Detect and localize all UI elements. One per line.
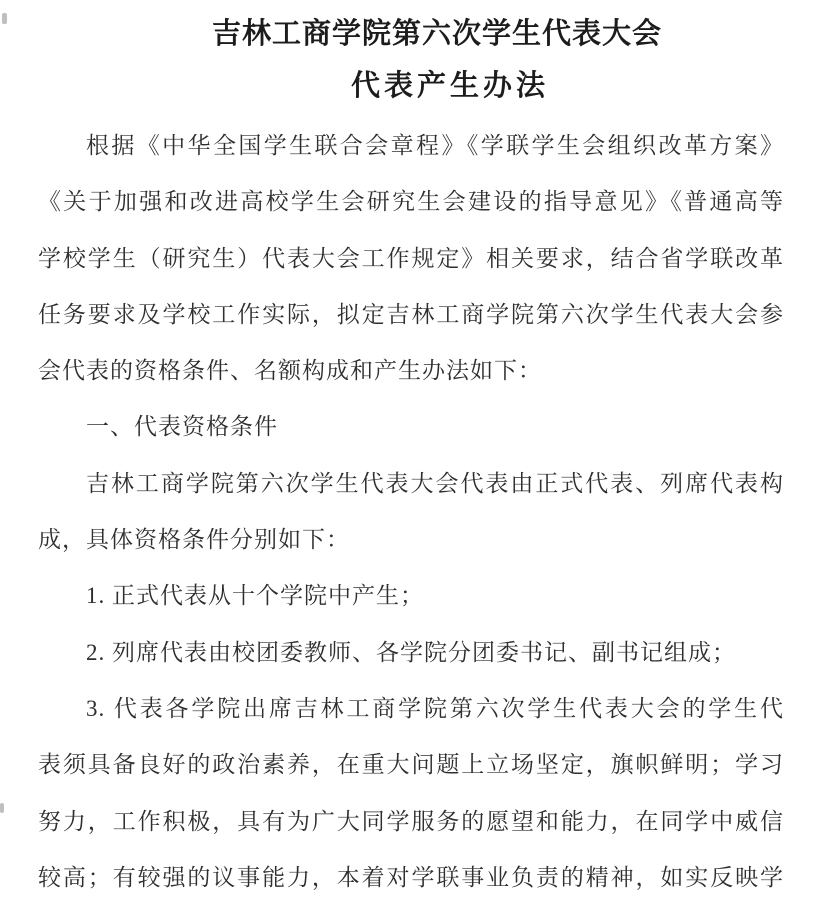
list-item: 2. 列席代表由校团委教师、各学院分团委书记、副书记组成；: [38, 625, 784, 681]
scan-artifact: [0, 803, 4, 813]
section-heading: 一、代表资格条件: [38, 399, 784, 455]
document-line: 较高；有较强的议事能力，本着对学联事业负责的精神，如实反映学: [38, 850, 784, 904]
document-line: 努力，工作积极，具有为广大同学服务的愿望和能力，在同学中威信: [38, 794, 784, 850]
scan-artifact: [2, 13, 7, 24]
list-item: 3. 代表各学院出席吉林工商学院第六次学生代表大会的学生代: [38, 681, 784, 737]
list-item: 1. 正式代表从十个学院中产生；: [38, 568, 784, 624]
document-line: 学校学生（研究生）代表大会工作规定》相关要求，结合省学联改革: [38, 231, 784, 287]
document-line: 会代表的资格条件、名额构成和产生办法如下：: [38, 343, 784, 399]
document-line: 《关于加强和改进高校学生会研究生会建设的指导意见》《普通高等: [38, 174, 784, 230]
document-line: 表须具备良好的政治素养，在重大问题上立场坚定，旗帜鲜明；学习: [38, 737, 784, 793]
document-page: 吉林工商学院第六次学生代表大会 代表产生办法 根据《中华全国学生联合会章程》《学…: [0, 0, 822, 904]
document-line: 任务要求及学校工作实际，拟定吉林工商学院第六次学生代表大会参: [38, 287, 784, 343]
document-body: 根据《中华全国学生联合会章程》《学联学生会组织改革方案》 《关于加强和改进高校学…: [0, 118, 822, 904]
document-line: 根据《中华全国学生联合会章程》《学联学生会组织改革方案》: [38, 118, 784, 174]
document-line: 吉林工商学院第六次学生代表大会代表由正式代表、列席代表构: [38, 456, 784, 512]
document-subtitle: 代表产生办法: [0, 60, 822, 112]
document-line: 成，具体资格条件分别如下：: [38, 512, 784, 568]
document-title: 吉林工商学院第六次学生代表大会: [0, 0, 822, 60]
